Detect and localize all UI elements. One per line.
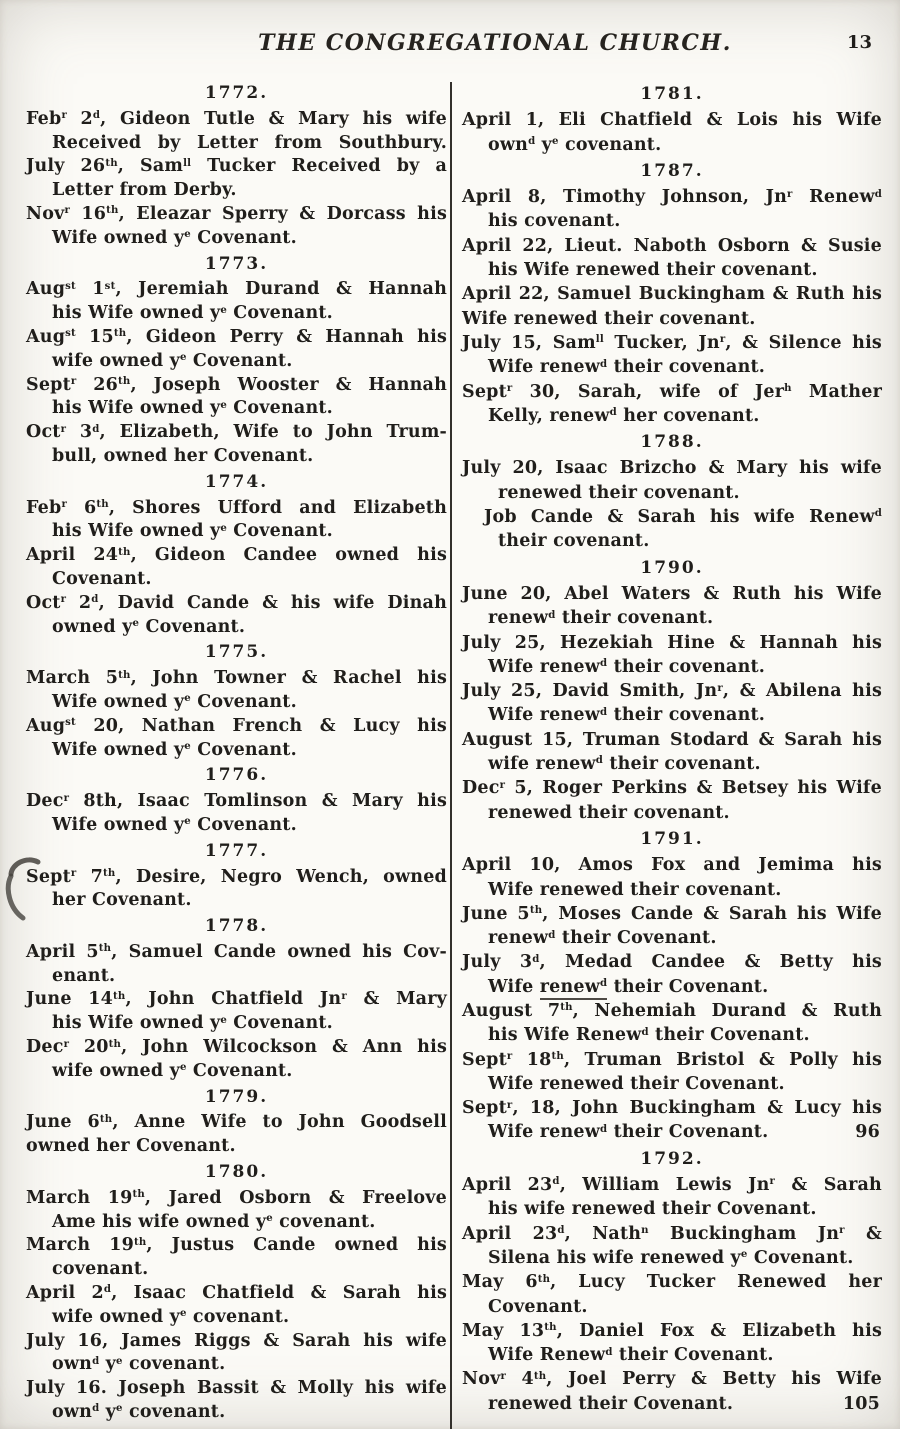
entry-line: his wife renewed their Covenant. (462, 1197, 882, 1221)
year-heading: 1787. (462, 159, 882, 183)
entry-line: June 6th, Anne Wife to John Goodsell (26, 1111, 447, 1135)
entry-line: renewd their Covenant. (462, 926, 882, 950)
entry-line: Augst 20, Nathan French & Lucy his (26, 715, 447, 739)
year-heading: 1791. (462, 827, 882, 851)
entry-line: August 7th, Nehemiah Durand & Ruth (462, 999, 882, 1023)
entry-line: covenant. (26, 1258, 447, 1282)
entry-line: Augst 15th, Gideon Perry & Hannah his (26, 326, 447, 350)
entry-line: Novr 4th, Joel Perry & Betty his Wife (462, 1367, 882, 1391)
column-left: 1772.Febr 2d, Gideon Tutle & Mary his wi… (26, 80, 447, 1425)
year-heading: 1775. (26, 641, 447, 665)
entry-line: Letter from Derby. (26, 179, 447, 203)
entry-line: April 23d, Nathn Buckingham Jnr & (462, 1222, 882, 1246)
entry-line: Septr, 18, John Buckingham & Lucy his (462, 1096, 882, 1120)
entry-line: Decr 8th, Isaac Tomlinson & Mary his (26, 790, 447, 814)
entry-line: Wife Renewd their Covenant. (462, 1343, 882, 1367)
entry-line: bull, owned her Covenant. (26, 445, 447, 469)
entry-line: Covenant. (26, 568, 447, 592)
entry-line: Wife owned ye Covenant. (26, 739, 447, 763)
entry-line: April 5th, Samuel Cande owned his Cov- (26, 941, 447, 965)
entry-line: April 22, Lieut. Naboth Osborn & Susie (462, 234, 882, 258)
entry-line: April 22, Samuel Buckingham & Ruth his (462, 282, 882, 306)
entry-line: Kelly, renewd her covenant. (462, 404, 882, 428)
entry-line: Received by Letter from Southbury. (26, 132, 447, 156)
entry-line: renewd their covenant. (462, 606, 882, 630)
entry-line: Novr 16th, Eleazar Sperry & Dorcass his (26, 203, 447, 227)
year-heading: 1777. (26, 840, 447, 864)
entry-line: Febr 2d, Gideon Tutle & Mary his wife (26, 108, 447, 132)
entry-line: Wife owned ye Covenant. (26, 691, 447, 715)
entry-line: enant. (26, 965, 447, 989)
entry-line: April 2d, Isaac Chatfield & Sarah his (26, 1282, 447, 1306)
year-heading: 1779. (26, 1086, 447, 1110)
entry-line: wife owned ye Covenant. (26, 350, 447, 374)
entry-line: his Wife owned ye Covenant. (26, 520, 447, 544)
entry-line: July 26th, Samll Tucker Received by a (26, 155, 447, 179)
entry-line: August 15, Truman Stodard & Sarah his (462, 728, 882, 752)
entry-line: wife renewd their covenant. (462, 752, 882, 776)
tally-number: 105 (843, 1392, 880, 1416)
entry-line: Wife renewed their covenant. (462, 878, 882, 902)
entry-line: July 25, David Smith, Jnr, & Abilena his (462, 679, 882, 703)
entry-line: July 25, Hezekiah Hine & Hannah his (462, 631, 882, 655)
entry-line: Septr 7th, Desire, Negro Wench, owned (26, 866, 447, 890)
entry-line: May 13th, Daniel Fox & Elizabeth his (462, 1319, 882, 1343)
entry-line: their covenant. (462, 529, 882, 553)
entry-line: July 16, James Riggs & Sarah his wife (26, 1330, 447, 1354)
entry-line: renewed their covenant. (462, 801, 882, 825)
entry-line: his covenant. (462, 209, 882, 233)
year-heading: 1772. (26, 82, 447, 106)
entry-line: Octr 2d, David Cande & his wife Dinah (26, 592, 447, 616)
entry-line: Augst 1st, Jeremiah Durand & Hannah (26, 278, 447, 302)
tally-number: 96 (855, 1120, 880, 1144)
entry-line: her Covenant. (26, 889, 447, 913)
entry-line: Wife renewd their covenant. (462, 655, 882, 679)
entry-line: wife owned ye covenant. (26, 1306, 447, 1330)
entry-line: wife owned ye Covenant. (26, 1060, 447, 1084)
entry-line: Silena his wife renewed ye Covenant. (462, 1246, 882, 1270)
entry-line: ownd ye covenant. (26, 1353, 447, 1377)
year-heading: 1774. (26, 471, 447, 495)
year-heading: 1788. (462, 430, 882, 454)
entry-line: July 3d, Medad Candee & Betty his (462, 950, 882, 974)
entry-line: Job Cande & Sarah his wife Renewd (462, 505, 882, 529)
entry-line: March 19th, Justus Cande owned his (26, 1234, 447, 1258)
entry-line: Septr 26th, Joseph Wooster & Hannah (26, 374, 447, 398)
year-heading: 1792. (462, 1147, 882, 1171)
page-title: THE CONGREGATIONAL CHURCH. (210, 30, 780, 56)
entry-line: July 16. Joseph Bassit & Molly his wife (26, 1377, 447, 1401)
column-divider-rule (450, 82, 452, 1429)
entry-line: Wife renewed their Covenant. (462, 1072, 882, 1096)
entry-line: ownd ye covenant. (26, 1401, 447, 1425)
entry-line: April 24th, Gideon Candee owned his (26, 544, 447, 568)
entry-line: June 5th, Moses Cande & Sarah his Wife (462, 902, 882, 926)
entry-line: his Wife owned ye Covenant. (26, 302, 447, 326)
entry-line: Decr 20th, John Wilcockson & Ann his (26, 1036, 447, 1060)
entry-line: July 20, Isaac Brizcho & Mary his wife (462, 456, 882, 480)
entry-line: his Wife owned ye Covenant. (26, 1012, 447, 1036)
entry-line: his Wife Renewd their Covenant. (462, 1023, 882, 1047)
year-heading: 1776. (26, 764, 447, 788)
entry-line: April 1, Eli Chatfield & Lois his Wife (462, 108, 882, 132)
entry-line: Febr 6th, Shores Ufford and Elizabeth (26, 497, 447, 521)
pen-underline: renewd (540, 977, 608, 1000)
entry-line: Wife renewed their covenant. (462, 307, 882, 331)
entry-line: Wife renewd their covenant. (462, 703, 882, 727)
entry-line: April 10, Amos Fox and Jemima his (462, 853, 882, 877)
page-number: 13 (847, 32, 872, 53)
entry-line: Octr 3d, Elizabeth, Wife to John Trum- (26, 421, 447, 445)
entry-line: Wife owned ye Covenant. (26, 814, 447, 838)
entry-line: Wife owned ye Covenant. (26, 227, 447, 251)
entry-line: Wife renewd their covenant. (462, 355, 882, 379)
entry-line: renewed their Covenant.105 (462, 1392, 882, 1416)
entry-line: June 20, Abel Waters & Ruth his Wife (462, 582, 882, 606)
year-heading: 1780. (26, 1161, 447, 1185)
entry-line: Septr 18th, Truman Bristol & Polly his (462, 1048, 882, 1072)
entry-line: May 6th, Lucy Tucker Renewed her (462, 1270, 882, 1294)
entry-line: Ame his wife owned ye covenant. (26, 1211, 447, 1235)
year-heading: 1781. (462, 82, 882, 106)
running-head: THE CONGREGATIONAL CHURCH. 13 (0, 30, 900, 64)
entry-line: Septr 30, Sarah, wife of Jerh Mather (462, 380, 882, 404)
entry-line: April 23d, William Lewis Jnr & Sarah (462, 1173, 882, 1197)
entry-line: Wife renewd their Covenant. (462, 975, 882, 999)
year-heading: 1773. (26, 253, 447, 277)
entry-line: ownd ye covenant. (462, 133, 882, 157)
column-right: 1781.April 1, Eli Chatfield & Lois his W… (462, 80, 882, 1416)
entry-line: March 5th, John Towner & Rachel his (26, 667, 447, 691)
handwritten-mark (2, 856, 42, 936)
entry-line: Decr 5, Roger Perkins & Betsey his Wife (462, 776, 882, 800)
scanned-page: THE CONGREGATIONAL CHURCH. 13 1772.Febr … (0, 0, 900, 1429)
entry-line: owned her Covenant. (26, 1135, 447, 1159)
entry-line: Wife renewd their Covenant.96 (462, 1120, 882, 1144)
entry-line: owned ye Covenant. (26, 616, 447, 640)
entry-line: his Wife renewed their covenant. (462, 258, 882, 282)
entry-line: July 15, Samll Tucker, Jnr, & Silence hi… (462, 331, 882, 355)
year-heading: 1778. (26, 915, 447, 939)
entry-line: June 14th, John Chatfield Jnr & Mary (26, 988, 447, 1012)
entry-line: his Wife owned ye Covenant. (26, 397, 447, 421)
entry-line: April 8, Timothy Johnson, Jnr Renewd (462, 185, 882, 209)
entry-line: March 19th, Jared Osborn & Freelove (26, 1187, 447, 1211)
entry-line: Covenant. (462, 1295, 882, 1319)
year-heading: 1790. (462, 556, 882, 580)
entry-line: renewed their covenant. (462, 481, 882, 505)
